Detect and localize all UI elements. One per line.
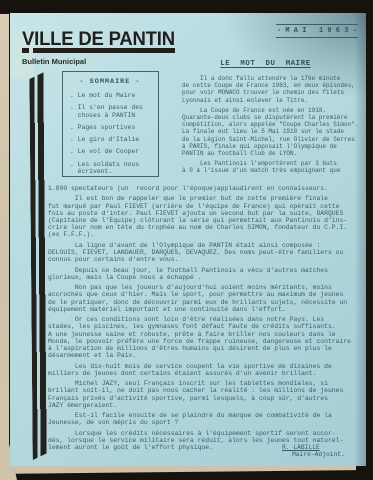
paragraph: Il a donc fallu attendre la 176e minute … — [182, 75, 366, 104]
paragraph: La Coupe de France est née en 1918. Quar… — [182, 107, 366, 157]
issue-date: - M A I 1 9 6 3 - — [276, 24, 358, 38]
maire-column: LE MOT DU MAIRE Il a donc fallu attendre… — [182, 60, 366, 178]
paragraph: Or ces conditions sont loin d'être réali… — [48, 316, 366, 359]
sommaire-item: . Le vol de Cooper — [70, 148, 156, 155]
sommaire-item: . Le mot du Maire — [70, 92, 156, 99]
page-title: VILLE DE PANTIN — [22, 27, 175, 50]
sommaire-title: - SOMMAIRE - — [70, 78, 150, 86]
sommaire-list: . Le mot du Maire. Il s'en passe des cho… — [70, 92, 156, 175]
sommaire-item: . Les soldats nous écrivent. — [70, 161, 156, 176]
paragraph: 1.800 spectateurs (un record pour l'époq… — [48, 185, 366, 192]
sommaire-box: - SOMMAIRE - . Le mot du Maire. Il s'en … — [62, 71, 159, 177]
paragraph: Est-il facile ensuite de se plaindre du … — [48, 412, 366, 426]
sommaire-item: . Il s'en passe des choses à PANTIN — [70, 104, 156, 119]
paragraph: Les dix-huit mois de service coupent la … — [48, 363, 366, 377]
signature-role: Maire-Adjoint. — [292, 451, 345, 458]
title-underline-bar — [22, 48, 175, 53]
paragraph: Les Pantinois l'emportèrent par 3 buts à… — [182, 160, 366, 174]
signature: R. LABILLE Maire-Adjoint. — [282, 444, 345, 458]
page-edge-left — [0, 6, 9, 480]
bulletin-page: VILLE DE PANTIN Bulletin Municipal - M A… — [10, 13, 366, 466]
paragraph: Depuis ce beau jour, le football Pantino… — [48, 267, 366, 281]
paragraph: Il est bon de rappeler que le premier bu… — [48, 195, 366, 238]
sommaire-item: . Pages sportives — [70, 124, 156, 131]
body-text: 1.800 spectateurs (un record pour l'époq… — [48, 185, 366, 455]
paragraph: Non pas que les joueurs d'aujourd'hui so… — [48, 284, 366, 313]
signature-name: R. LABILLE — [282, 444, 345, 451]
subtitle: Bulletin Municipal — [22, 57, 86, 66]
paragraph: La ligne d'avant de l'Olympique de PANTI… — [48, 242, 366, 264]
paragraph: Michel JAZY, seul Français inscrit sur l… — [48, 380, 366, 409]
scan-background: VILLE DE PANTIN Bulletin Municipal - M A… — [0, 0, 373, 480]
column-paragraphs: Il a donc fallu attendre la 176e minute … — [182, 75, 366, 175]
decorative-double-bar — [29, 72, 47, 460]
sommaire-item: . Le giro d'Italie — [70, 136, 156, 143]
scan-corner-patch — [0, 0, 12, 14]
section-heading: LE MOT DU MAIRE — [182, 60, 349, 69]
